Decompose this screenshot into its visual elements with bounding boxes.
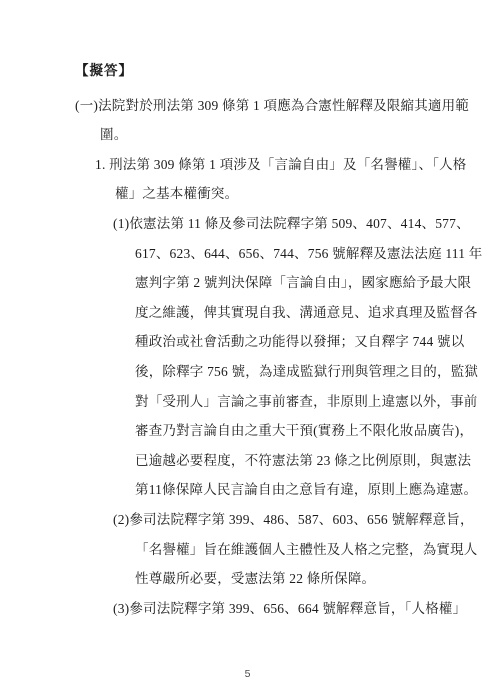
- text-line: 第11條保障人民言論自由之意旨有違，原則上應為違憲。: [135, 475, 455, 505]
- text-line: 權」之基本權衝突。: [115, 179, 455, 209]
- text-line: (一)法院對於刑法第 309 條第 1 項應為合憲性解釋及限縮其適用範: [75, 91, 455, 121]
- text-line: 617、623、644、656、744、756 號解釋及憲法法庭 111 年: [135, 239, 455, 269]
- sub-point-2: (2)參司法院釋字第 399、486、587、603、656 號解釋意旨， 「名…: [75, 505, 455, 594]
- sub-point-3: (3)參司法院釋字第 399、656、664 號解釋意旨，「人格權」: [75, 594, 455, 624]
- answer-heading: 【擬答】: [75, 56, 455, 86]
- text-line: 審查乃對言論自由之重大干預(實務上不限化妝品廣告)，: [135, 416, 455, 446]
- text-line: 「名譽權」旨在維護個人主體性及人格之完整，為實現人: [135, 535, 455, 565]
- section-item-1: (一)法院對於刑法第 309 條第 1 項應為合憲性解釋及限縮其適用範 圍。: [75, 91, 455, 150]
- text-line: (3)參司法院釋字第 399、656、664 號解釋意旨，「人格權」: [113, 594, 455, 624]
- text-line: 性尊嚴所必要，受憲法第 22 條所保障。: [135, 564, 455, 594]
- page-number: 5: [0, 668, 495, 680]
- document-page: 【擬答】 (一)法院對於刑法第 309 條第 1 項應為合憲性解釋及限縮其適用範…: [0, 0, 495, 700]
- text-line: 度之維護，俾其實現自我、溝通意見、追求真理及監督各: [135, 298, 455, 328]
- document-body: 【擬答】 (一)法院對於刑法第 309 條第 1 項應為合憲性解釋及限縮其適用範…: [75, 56, 455, 623]
- text-line: 1. 刑法第 309 條第 1 項涉及「言論自由」及「名譽權」、「人格: [95, 150, 455, 180]
- text-line: 已逾越必要程度，不符憲法第 23 條之比例原則，與憲法: [135, 446, 455, 476]
- text-line: 後，除釋字 756 號，為達成監獄行刑與管理之目的，監獄: [135, 357, 455, 387]
- text-line: (1)依憲法第 11 條及參司法院釋字第 509、407、414、577、: [113, 209, 455, 239]
- text-line: 圍。: [100, 120, 455, 150]
- numbered-point-1: 1. 刑法第 309 條第 1 項涉及「言論自由」及「名譽權」、「人格 權」之基…: [75, 150, 455, 209]
- text-line: 憲判字第 2 號判決保障「言論自由」，國家應給予最大限: [135, 268, 455, 298]
- text-line: (2)參司法院釋字第 399、486、587、603、656 號解釋意旨，: [113, 505, 455, 535]
- text-line: 種政治或社會活動之功能得以發揮；又自釋字 744 號以: [135, 327, 455, 357]
- sub-point-1: (1)依憲法第 11 條及參司法院釋字第 509、407、414、577、 61…: [75, 209, 455, 505]
- text-line: 對「受刑人」言論之事前審查，非原則上違憲以外，事前: [135, 387, 455, 417]
